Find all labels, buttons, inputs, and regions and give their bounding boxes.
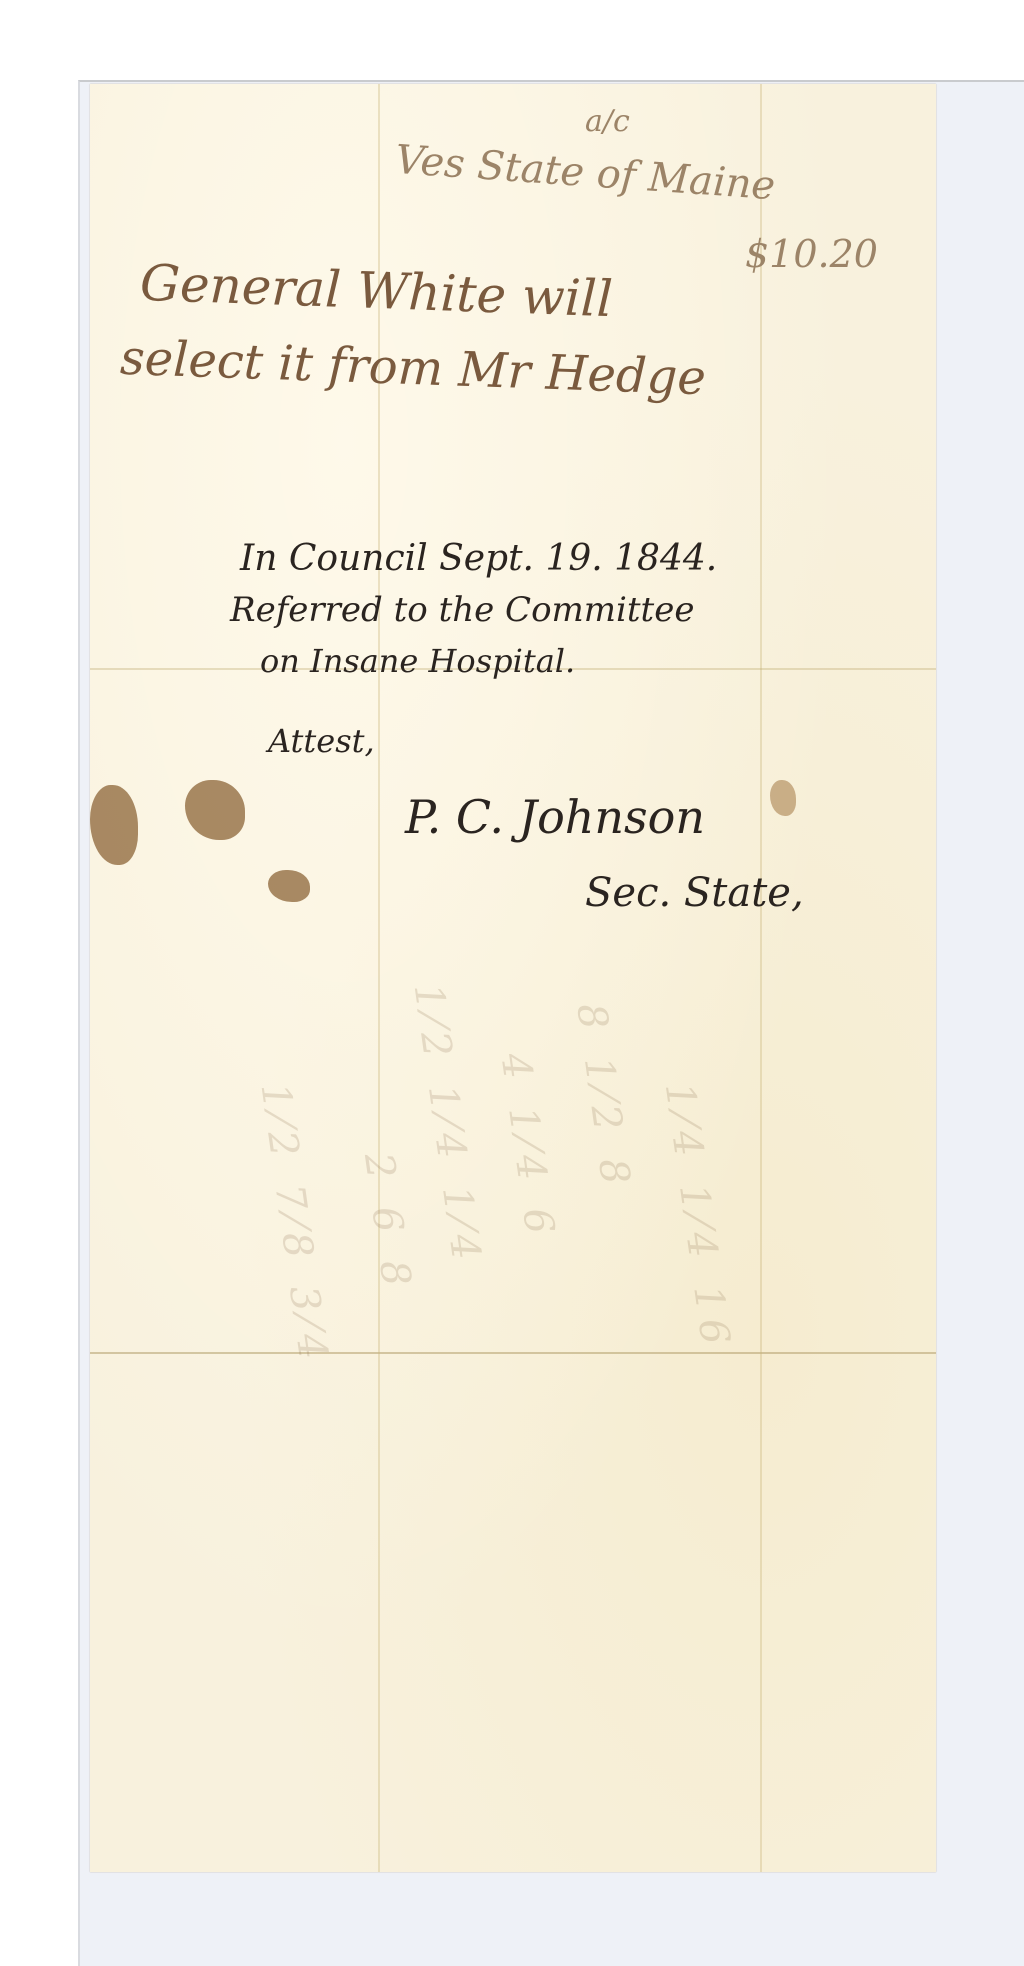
docket-account-mark: a/c	[585, 104, 630, 139]
ink-stain	[770, 780, 796, 816]
attest-label: Attest,	[268, 722, 375, 760]
council-referral-line: Referred to the Committee	[230, 590, 694, 630]
signatory-title: Sec. State,	[585, 870, 804, 916]
council-date-line: In Council Sept. 19. 1844.	[240, 538, 717, 579]
council-committee-line: on Insane Hospital.	[260, 642, 575, 680]
signature: P. C. Johnson	[405, 790, 705, 844]
docket-amount: $10.20	[745, 232, 878, 276]
